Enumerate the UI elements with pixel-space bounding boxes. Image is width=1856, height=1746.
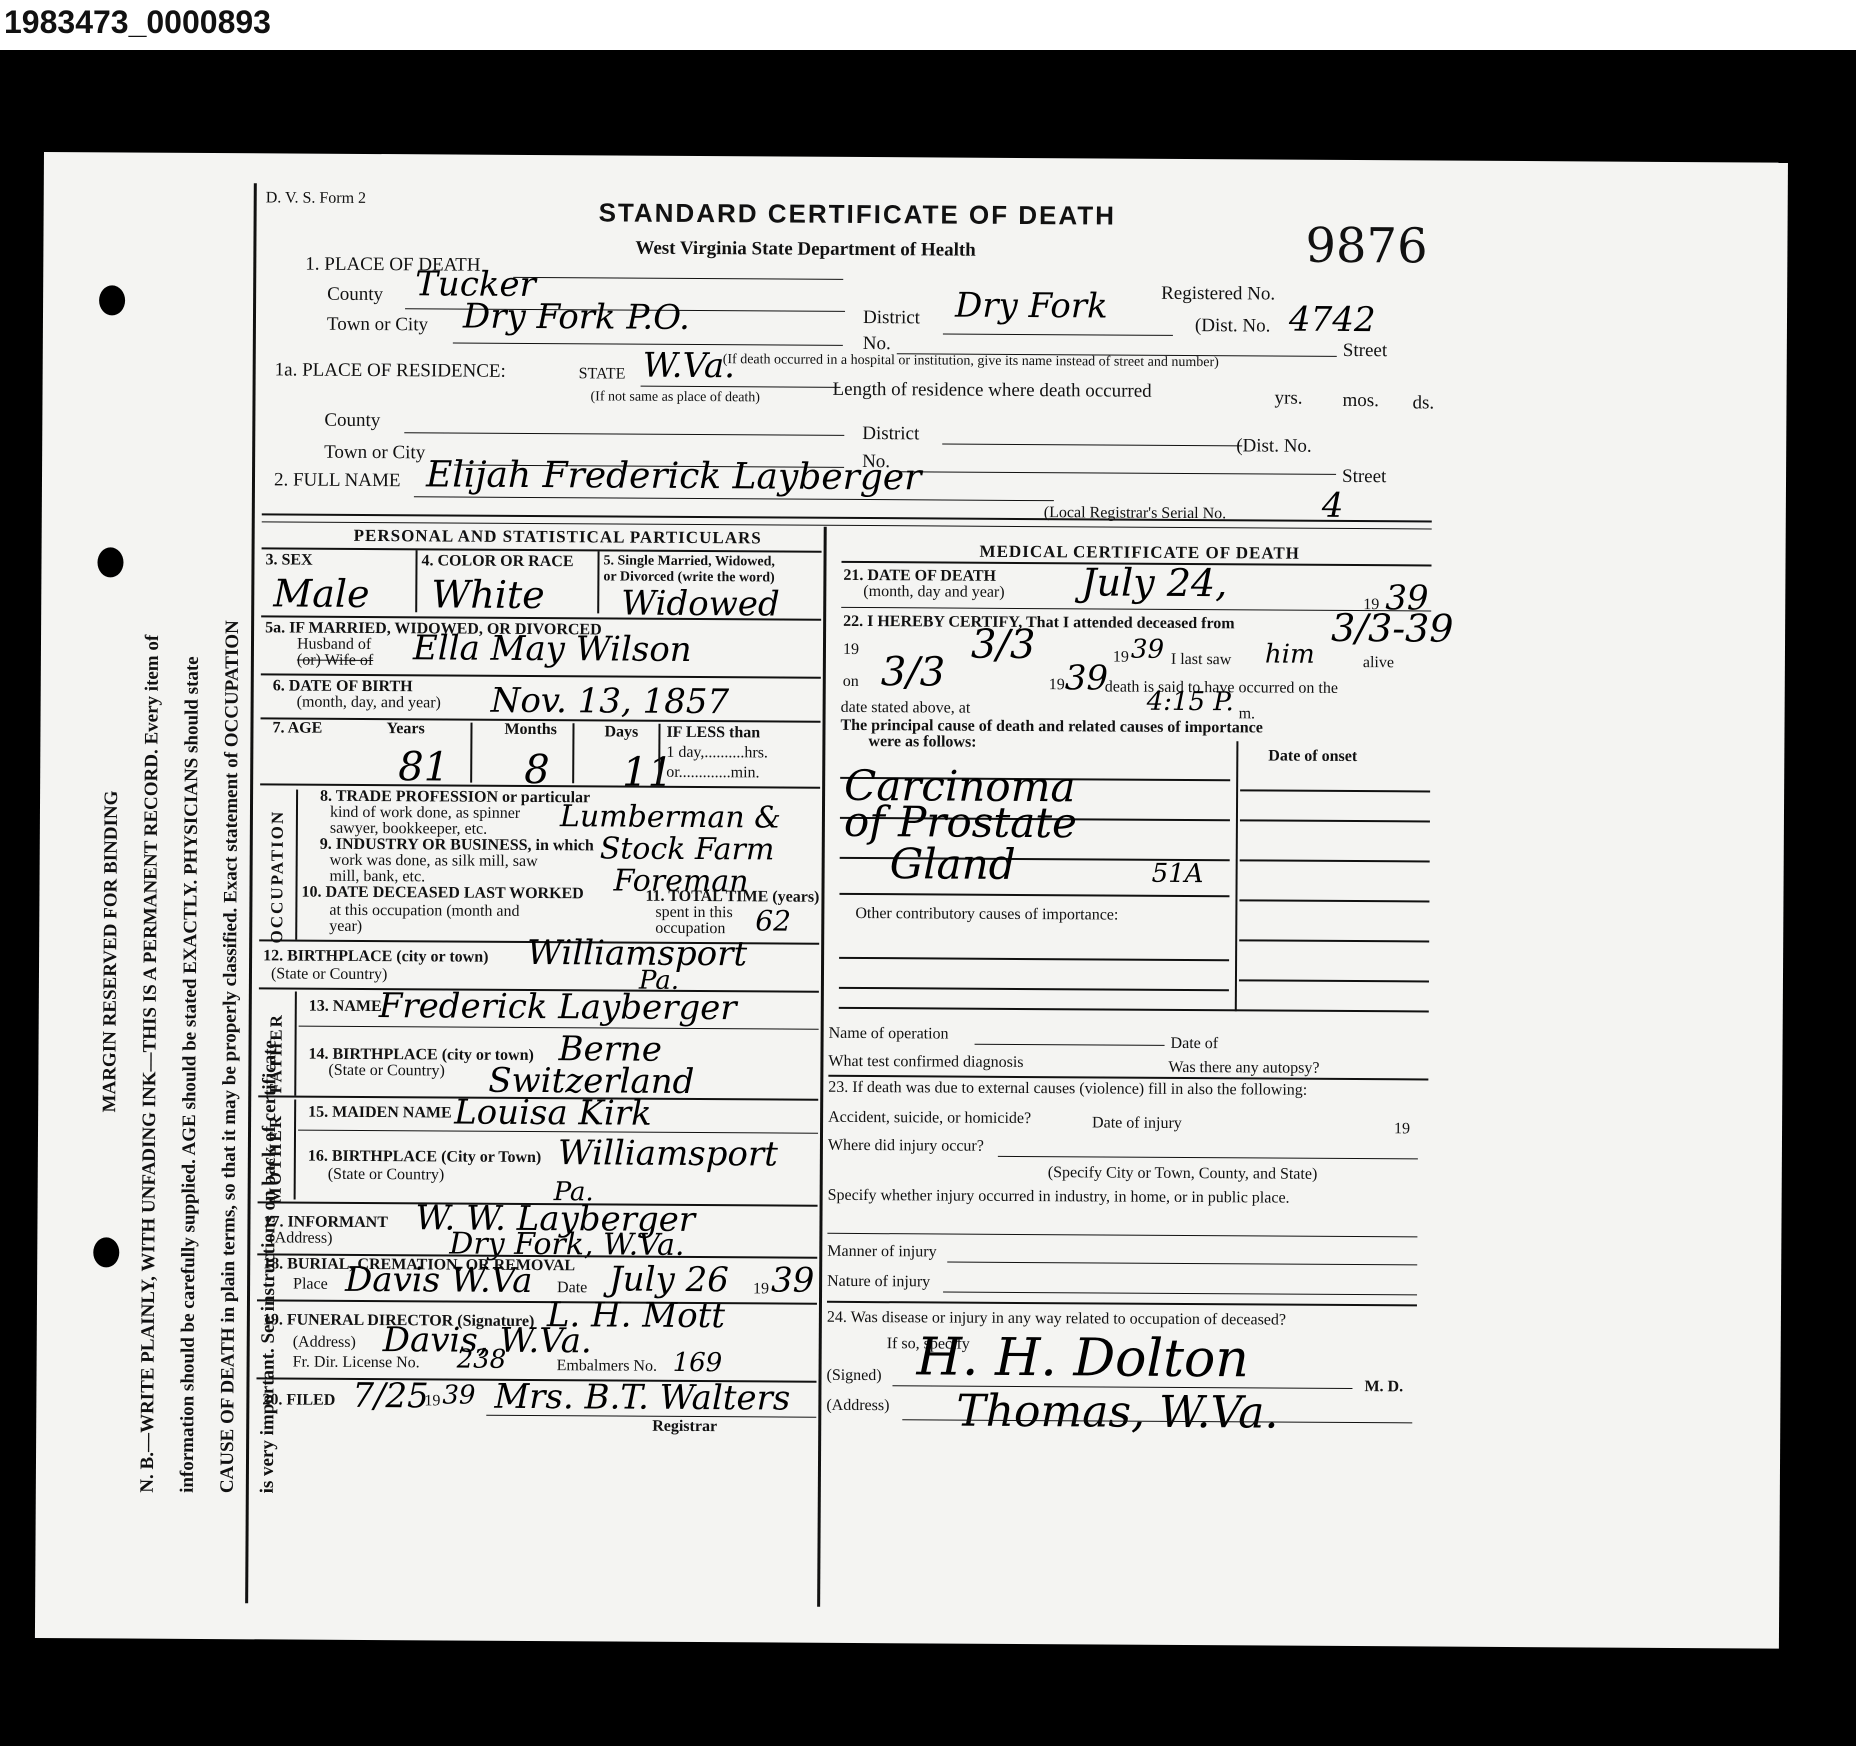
age-label: 7. AGE [272,719,322,737]
time-of-death: 4:15 P. [1147,687,1234,718]
md-label: M. D. [1364,1378,1403,1396]
residence-street-label: Street [1342,466,1386,488]
cause-code: 51A [1152,859,1204,889]
town-label: Town or City [327,314,428,337]
years-label: Years [386,720,424,738]
form-center-divider [817,527,827,1607]
dod-value: July 24, [1081,560,1227,605]
on-year-prefix: 19 [1049,676,1065,694]
test-label: What test confirmed diagnosis [828,1053,1023,1072]
residence-state-label: STATE [579,365,626,383]
father-name-value: Frederick Layberger [379,986,737,1028]
cause-line-3: Gland [890,839,1016,889]
other-causes-label: Other contributory causes of importance: [855,905,1118,925]
birthplace-city: Williamsport [527,933,747,974]
last-worked-label-1: 10. DATE DECEASED LAST WORKED [301,884,583,904]
death-certificate: MARGIN RESERVED FOR BINDING N. B.—WRITE … [35,152,1788,1649]
certificate-number: 9876 [1305,218,1427,275]
full-name-value: Elijah Frederick Layberger [426,454,922,498]
injury-date-label: Date of injury [1092,1114,1182,1133]
to-year-prefix: 19 [1113,649,1129,667]
burial-year: 39 [771,1260,815,1300]
manner-label: Manner of injury [827,1243,936,1262]
informant-address-label: (Address) [269,1229,332,1247]
page-subtitle: West Virginia State Department of Health [635,238,976,262]
principal-label-2: were as follows: [868,733,976,752]
dob-value: Nov. 13, 1857 [491,681,730,722]
to-year: 39 [1131,635,1164,665]
date-of-label: Date of [1171,1035,1219,1053]
mother-side-label: MOTHER [266,1114,287,1204]
residence-town-label: Town or City [324,442,425,465]
registrar-label: Registrar [652,1418,717,1436]
image-header: 1983473_0000893 [0,0,1856,50]
specify-place-label: Specify whether injury occurred in indus… [828,1187,1290,1208]
autopsy-label: Was there any autopsy? [1168,1059,1319,1078]
last-saw-label: I last saw [1171,651,1232,669]
license-label: Fr. Dir. License No. [293,1354,420,1373]
months-label: Months [504,721,557,739]
spouse-value: Ella May Wilson [413,628,692,670]
embalmers-value: 169 [673,1348,723,1378]
date-onset-label: Date of onset [1268,747,1357,766]
license-value: 238 [457,1345,507,1375]
physician-address: Thomas, W.Va. [956,1386,1278,1439]
margin-instructions: MARGIN RESERVED FOR BINDING N. B.—WRITE … [88,172,296,1493]
dist-no-label: (Dist. No. [1195,315,1271,337]
filed-year-prefix: 19 [424,1392,440,1410]
marital-label-1: 5. Single Married, Widowed, [603,553,774,570]
on-year: 39 [1065,658,1109,698]
physician-address-label: (Address) [826,1397,889,1415]
residence-district-label: District [862,423,919,445]
attended-from: 3/3-39 [1331,606,1454,651]
place-no-label: No. [863,333,891,355]
district-value: Dry Fork [955,286,1108,327]
residence-state-value: W.Va. [643,346,736,387]
yrs-label: yrs. [1274,388,1302,410]
residence-label: 1a. PLACE OF RESIDENCE: [275,359,506,382]
father-birthplace-label-2: (State or Country) [328,1062,445,1081]
embalmers-label: Embalmers No. [557,1357,658,1376]
burial-place-value: Davis W.Va [345,1260,533,1301]
dob-label-2: (month, day, and year) [297,694,441,713]
industry-value-1: Stock Farm [600,831,775,867]
trade-value: Lumberman & [560,799,781,835]
birthplace-label-1: 12. BIRTHPLACE (city or town) [263,947,488,966]
personal-heading: PERSONAL AND STATISTICAL PARTICULARS [354,526,762,548]
occupation-related-label: 24. Was disease or injury in any way rel… [827,1309,1286,1330]
date-stated-label: date stated above, at [841,699,971,718]
mother-birthplace-label-1: 16. BIRTHPLACE (City or Town) [308,1148,542,1167]
race-value: White [431,572,545,617]
specify-city-label: (Specify City or Town, County, and State… [1048,1164,1318,1184]
certify-label: 22. I HEREBY CERTIFY, That I attended de… [843,613,1235,633]
mother-birthplace-city: Williamsport [558,1133,778,1174]
accident-label: Accident, suicide, or homicide? [828,1109,1031,1128]
dod-label-2: (month, day and year) [863,583,1004,602]
residence-note: (If not same as place of death) [590,389,760,406]
nature-label: Nature of injury [827,1273,930,1292]
burial-place-label: Place [293,1276,328,1294]
filed-year: 39 [442,1380,475,1410]
residence-county-label: County [324,410,380,432]
less-than-label-2: 1 day,..........hrs. [666,744,768,763]
external-causes-label: 23. If death was due to external causes … [828,1079,1307,1100]
burial-year-prefix: 19 [753,1280,769,1298]
mother-maiden-label: 15. MAIDEN NAME [308,1104,452,1123]
mos-label: mos. [1342,390,1379,412]
total-time-value: 62 [755,904,791,937]
last-saw-who: him [1265,639,1315,669]
dist-no-value: 4742 [1289,300,1376,341]
image-id-label: 1983473_0000893 [4,4,271,41]
less-than-label-1: IF LESS than [666,724,760,743]
less-than-label-3: or.............min. [666,764,759,783]
hospital-note: (If death occurred in a hospital or inst… [723,352,1219,371]
alive-label: alive [1363,654,1394,672]
days-label: Days [604,723,638,741]
physician-signature: H. H. Dolton [916,1327,1249,1389]
last-worked-label-3: year) [329,918,362,936]
where-injury-label: Where did injury occur? [828,1137,984,1156]
on-label: on [843,673,859,691]
race-label: 4. COLOR OR RACE [421,552,573,571]
on-date: 3/3 [881,649,946,695]
sex-label: 3. SEX [265,551,312,569]
funeral-address-label: (Address) [293,1334,356,1352]
occupation-side-label: OCCUPATION [267,810,288,944]
signed-label: (Signed) [826,1367,881,1385]
form-code: D. V. S. Form 2 [266,189,366,208]
father-side-label: FATHER [266,1013,286,1093]
place-street-label: Street [1343,340,1387,362]
registrar-signature: Mrs. B.T. Walters [494,1377,790,1419]
filed-date: 7/25 [352,1376,429,1416]
county-label: County [327,284,383,306]
mother-maiden-value: Louisa Kirk [454,1093,652,1134]
spouse-label-3: (or) Wife of [297,652,373,670]
injury-year-label: 19 [1394,1120,1410,1138]
attended-to: 3/3 [971,622,1036,668]
filed-label: 20. FILED [262,1391,335,1409]
district-label: District [863,307,920,329]
burial-date-value: July 26 [609,1259,729,1300]
residence-dist-no-label: (Dist. No. [1236,435,1312,457]
birthplace-label-2: (State or Country) [271,965,388,984]
mother-birthplace-label-2: (State or Country) [328,1166,445,1185]
registered-no-label: Registered No. [1161,283,1275,306]
full-name-label: 2. FULL NAME [274,469,401,492]
operation-label: Name of operation [829,1025,949,1044]
ds-label: ds. [1412,392,1434,414]
father-name-label: 13. NAME [309,998,382,1016]
town-value: Dry Fork P.O. [463,297,690,338]
page-title: STANDARD CERTIFICATE OF DEATH [599,197,1116,231]
length-of-residence-label: Length of residence where death occurred [832,379,1151,403]
sex-value: Male [273,571,369,616]
to-prefix: 19 [843,641,859,659]
